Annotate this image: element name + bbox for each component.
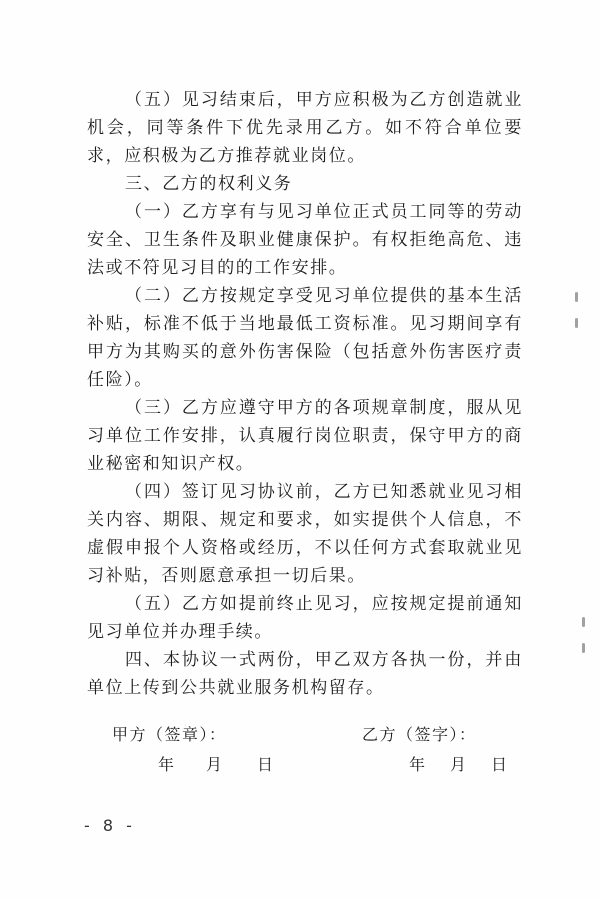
document-body: （五）见习结束后，甲方应积极为乙方创造就业机会，同等条件下优先录用乙方。如不符合… xyxy=(87,86,523,702)
binding-hole-mark xyxy=(582,643,585,653)
party-a-month: 月 xyxy=(206,752,257,775)
party-b-day: 日 xyxy=(491,752,507,775)
paragraph-subsidy-insurance: （二）乙方按规定享受见习单位提供的基本生活补贴，标准不低于当地最低工资标准。见习… xyxy=(87,282,523,394)
party-a-signature-label: 甲方（签章）： xyxy=(112,722,227,745)
party-b-date: 年 月 日 xyxy=(409,752,507,775)
binding-hole-mark xyxy=(575,318,578,328)
binding-hole-mark xyxy=(582,617,585,627)
paragraph-early-termination: （五）乙方如提前终止见习，应按规定提前通知见习单位并办理手续。 xyxy=(87,590,523,646)
party-a-year: 年 xyxy=(158,752,206,775)
document-page: （五）见习结束后，甲方应积极为乙方创造就业机会，同等条件下优先录用乙方。如不符合… xyxy=(0,0,600,898)
paragraph-truthful-information: （四）签订见习协议前，乙方已知悉就业见习相关内容、期限、规定和要求，如实提供个人… xyxy=(87,478,523,590)
party-b-year: 年 xyxy=(409,752,450,775)
party-a-date: 年 月 日 xyxy=(158,752,273,775)
paragraph-rules-compliance: （三）乙方应遵守甲方的各项规章制度，服从见习单位工作安排，认真履行岗位职责，保守… xyxy=(87,394,523,478)
page-number: - 8 - xyxy=(84,816,136,835)
section-heading-copies: 四、本协议一式两份，甲乙双方各执一份，并由单位上传到公共就业服务机构留存。 xyxy=(87,646,523,702)
party-a-day: 日 xyxy=(257,752,273,775)
paragraph-internship-end-employment: （五）见习结束后，甲方应积极为乙方创造就业机会，同等条件下优先录用乙方。如不符合… xyxy=(87,86,523,170)
paragraph-safety-protection: （一）乙方享有与见习单位正式员工同等的劳动安全、卫生条件及职业健康保护。有权拒绝… xyxy=(87,198,523,282)
section-heading-party-b-rights: 三、乙方的权利义务 xyxy=(87,170,523,198)
binding-hole-mark xyxy=(575,292,578,302)
party-b-month: 月 xyxy=(450,752,491,775)
party-b-signature-label: 乙方（签字）： xyxy=(362,722,477,745)
